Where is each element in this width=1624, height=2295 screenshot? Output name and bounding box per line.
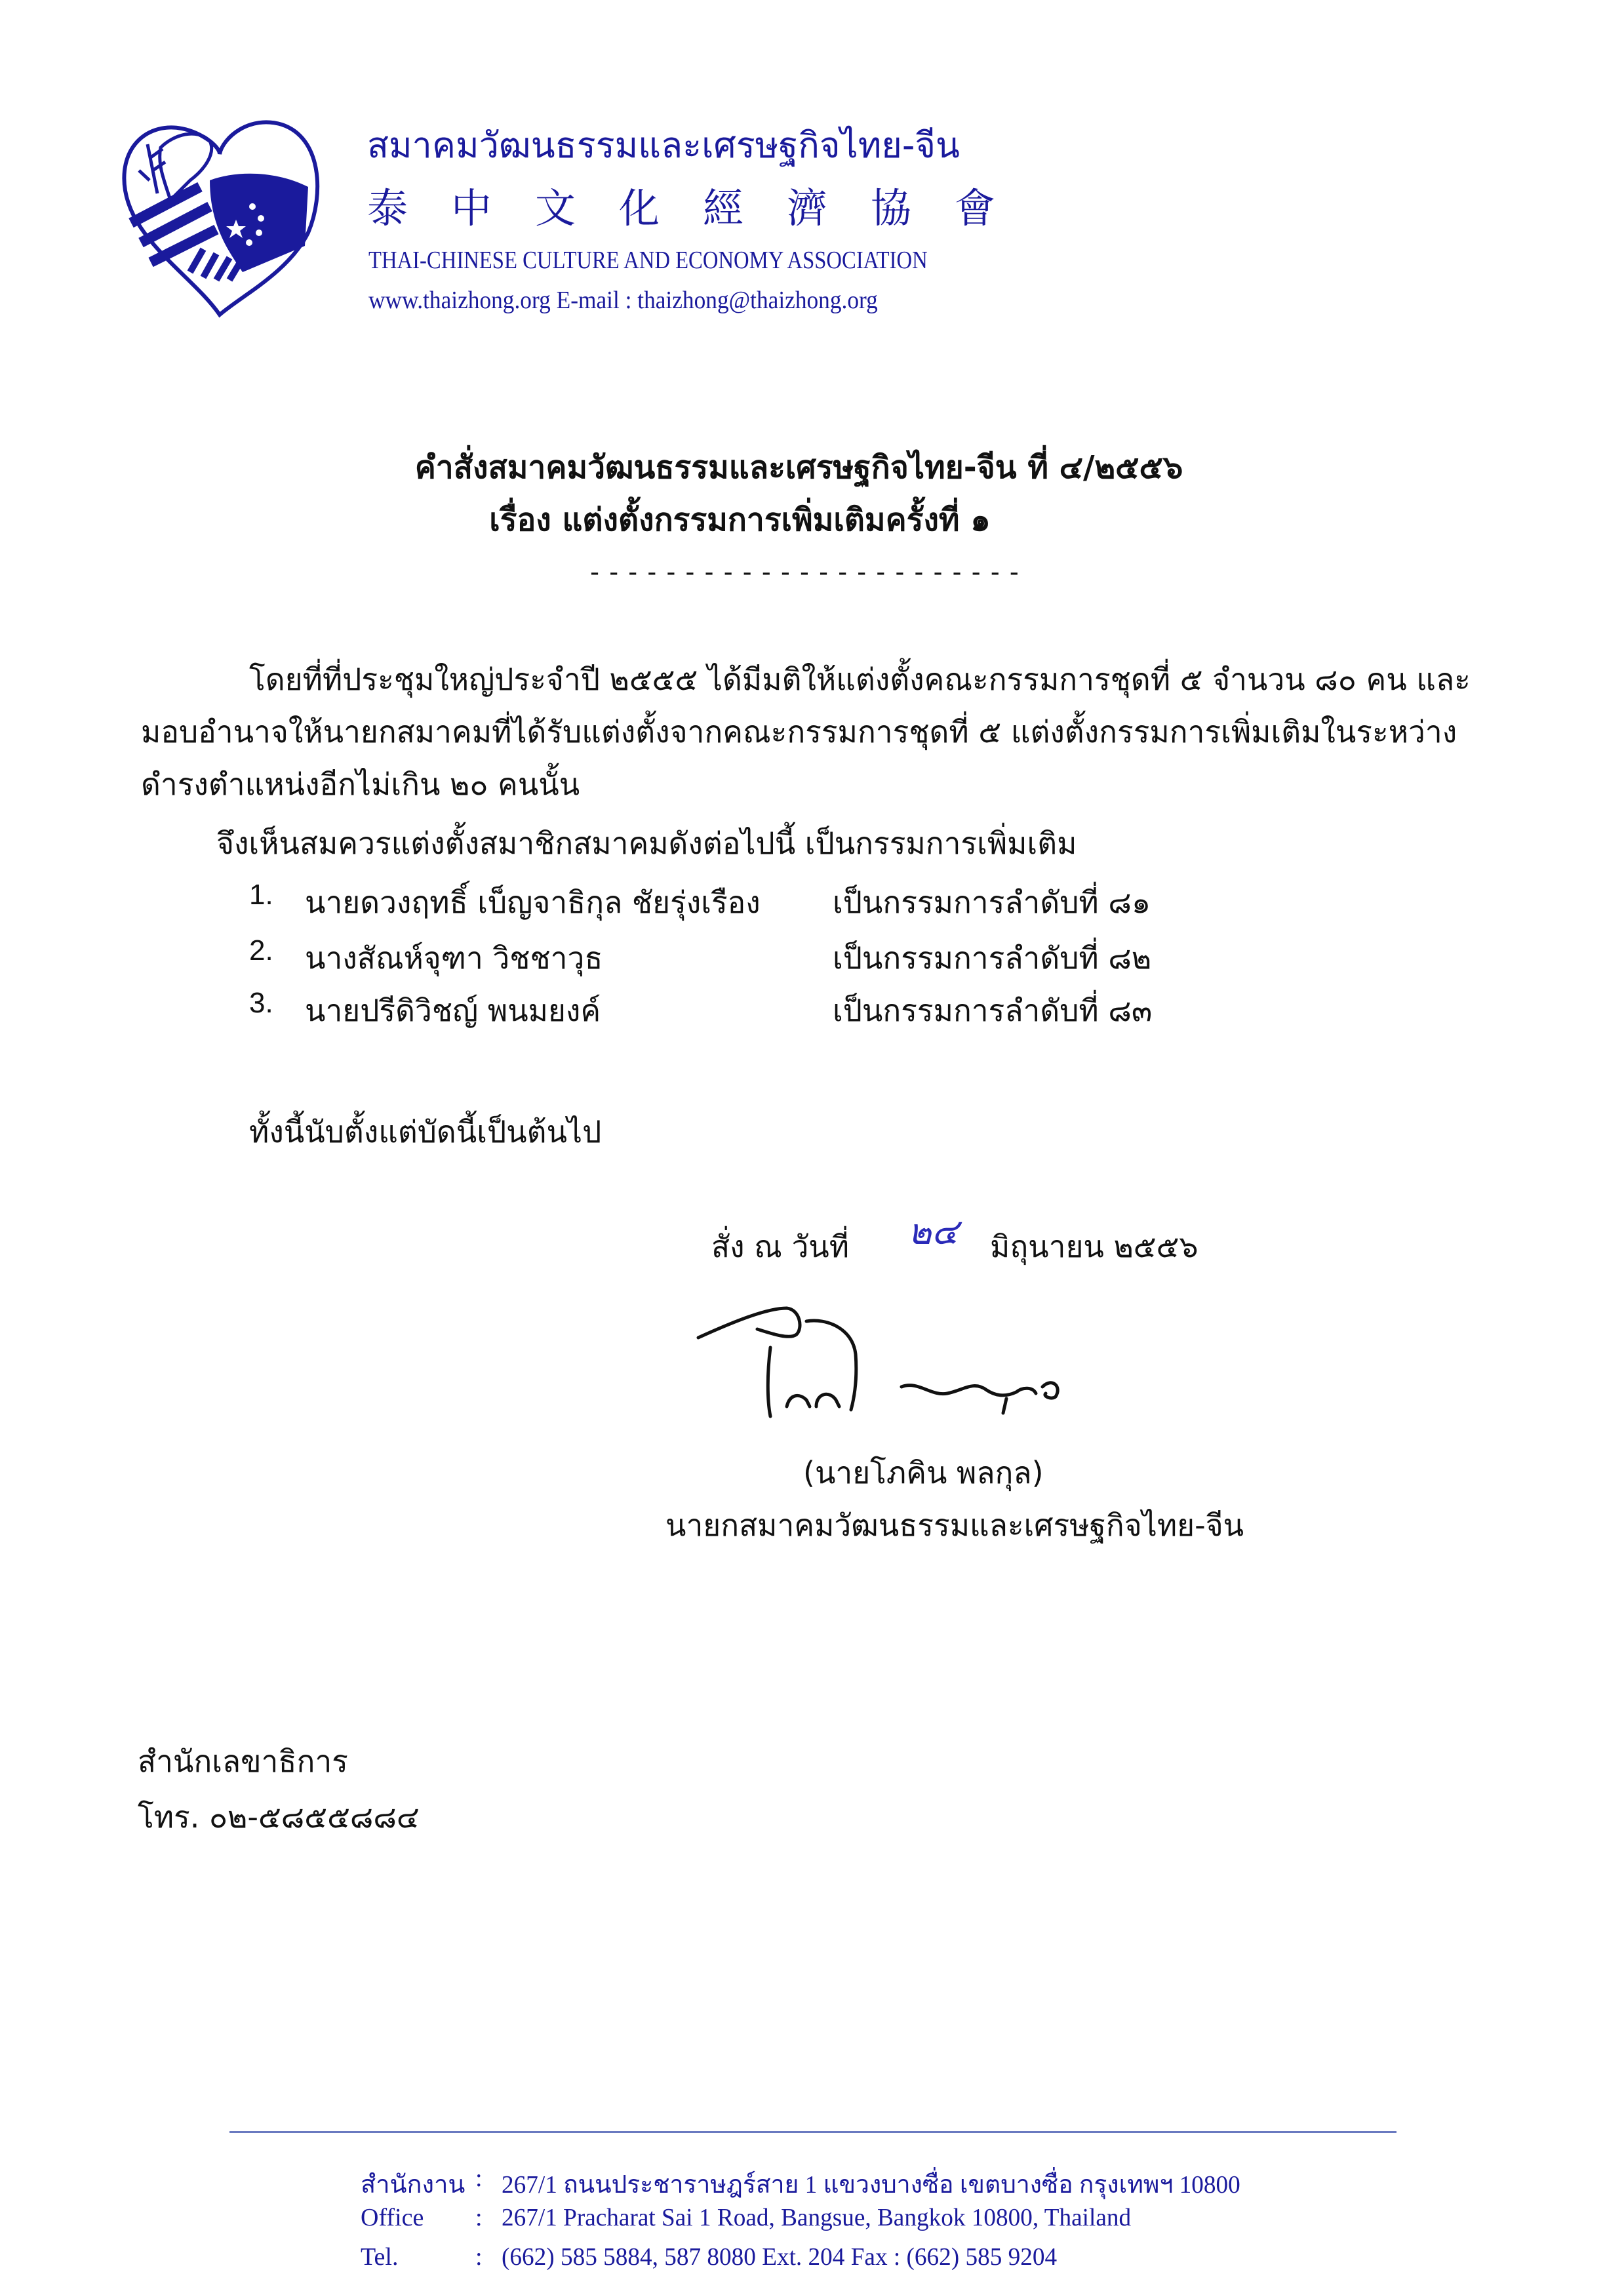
footer-address-en: 267/1 Pracharat Sai 1 Road, Bangsue, Ban… [502,2203,1131,2232]
footer-colon: : [475,2243,483,2271]
appointee-number: 3. [249,987,273,1020]
appointee-position: เป็นกรรมการลำดับที่ ๘๑ [833,879,1151,927]
paragraph-1-line-1: โดยที่ที่ประชุมใหญ่ประจำปี ๒๕๕๕ ได้มีมติ… [249,656,1471,704]
secretariat-office: สำนักเลขาธิการ [138,1738,348,1786]
appointee-name: นางสัณห์จุฑา วิชชาวุธ [305,934,603,982]
footer-label-office: Office [361,2203,424,2232]
order-subject: เรื่อง แต่งตั้งกรรมการเพิ่มเติมครั้งที่ … [0,495,1552,545]
effective-statement: ทั้งนี้นับตั้งแต่บัดนี้เป็นต้นไป [249,1108,601,1156]
association-name-thai: สมาคมวัฒนธรรมและเศรษฐกิจไทย-จีน [367,117,960,173]
footer-divider [229,2131,1396,2133]
title-separator: ----------------------- [587,557,1025,588]
handwritten-signature-icon [675,1302,1200,1446]
footer-colon: : [475,2203,483,2232]
signatory-name: (นายโภคิน พลกุล) [803,1449,1044,1497]
paragraph-1-line-3: ดำรงตำแหน่งอีกไม่เกิน ๒๐ คนนั้น [141,761,580,808]
appointee-number: 2. [249,934,273,967]
date-month-year: มิถุนายน ๒๕๕๖ [990,1223,1198,1271]
signatory-title: นายกสมาคมวัฒนธรรมและเศรษฐกิจไทย-จีน [665,1502,1244,1549]
association-name-english: THAI-CHINESE CULTURE AND ECONOMY ASSOCIA… [368,246,928,275]
appointee-position: เป็นกรรมการลำดับที่ ๘๓ [833,987,1152,1035]
paragraph-2: จึงเห็นสมควรแต่งตั้งสมาชิกสมาคมดังต่อไปน… [216,820,1077,868]
footer-label-office-th: สำนักงาน [361,2164,465,2204]
paragraph-1-line-2: มอบอำนาจให้นายกสมาคมที่ได้รับแต่งตั้งจาก… [141,708,1457,756]
order-title: คำสั่งสมาคมวัฒนธรรมและเศรษฐกิจไทย-จีน ที… [0,443,1611,492]
appointee-name: นายดวงฤทธิ์ เบ็ญจาธิกุล ชัยรุ่งเรือง [305,879,761,927]
footer-tel-fax: (662) 585 5884, 587 8080 Ext. 204 Fax : … [502,2243,1057,2271]
date-day-handwritten: ๒๔ [908,1203,958,1260]
footer-address-th: 267/1 ถนนประชาราษฎร์สาย 1 แขวงบางซื่อ เข… [502,2164,1240,2204]
footer-colon: : [475,2164,483,2193]
date-prefix: สั่ง ณ วันที่ [711,1223,849,1271]
appointee-number: 1. [249,879,273,911]
association-name-chinese: 泰中文化經濟協會 [367,176,1039,234]
website-email-line[interactable]: www.thaizhong.org E-mail : thaizhong@tha… [368,286,878,315]
heart-handshake-logo-icon [111,108,328,318]
secretariat-phone: โทร. ๐๒-๕๘๕๕๘๘๔ [138,1793,420,1841]
appointee-name: นายปรีดิวิชญ์ พนมยงค์ [305,987,601,1035]
appointee-position: เป็นกรรมการลำดับที่ ๘๒ [833,934,1151,982]
footer-label-tel: Tel. [361,2243,398,2271]
